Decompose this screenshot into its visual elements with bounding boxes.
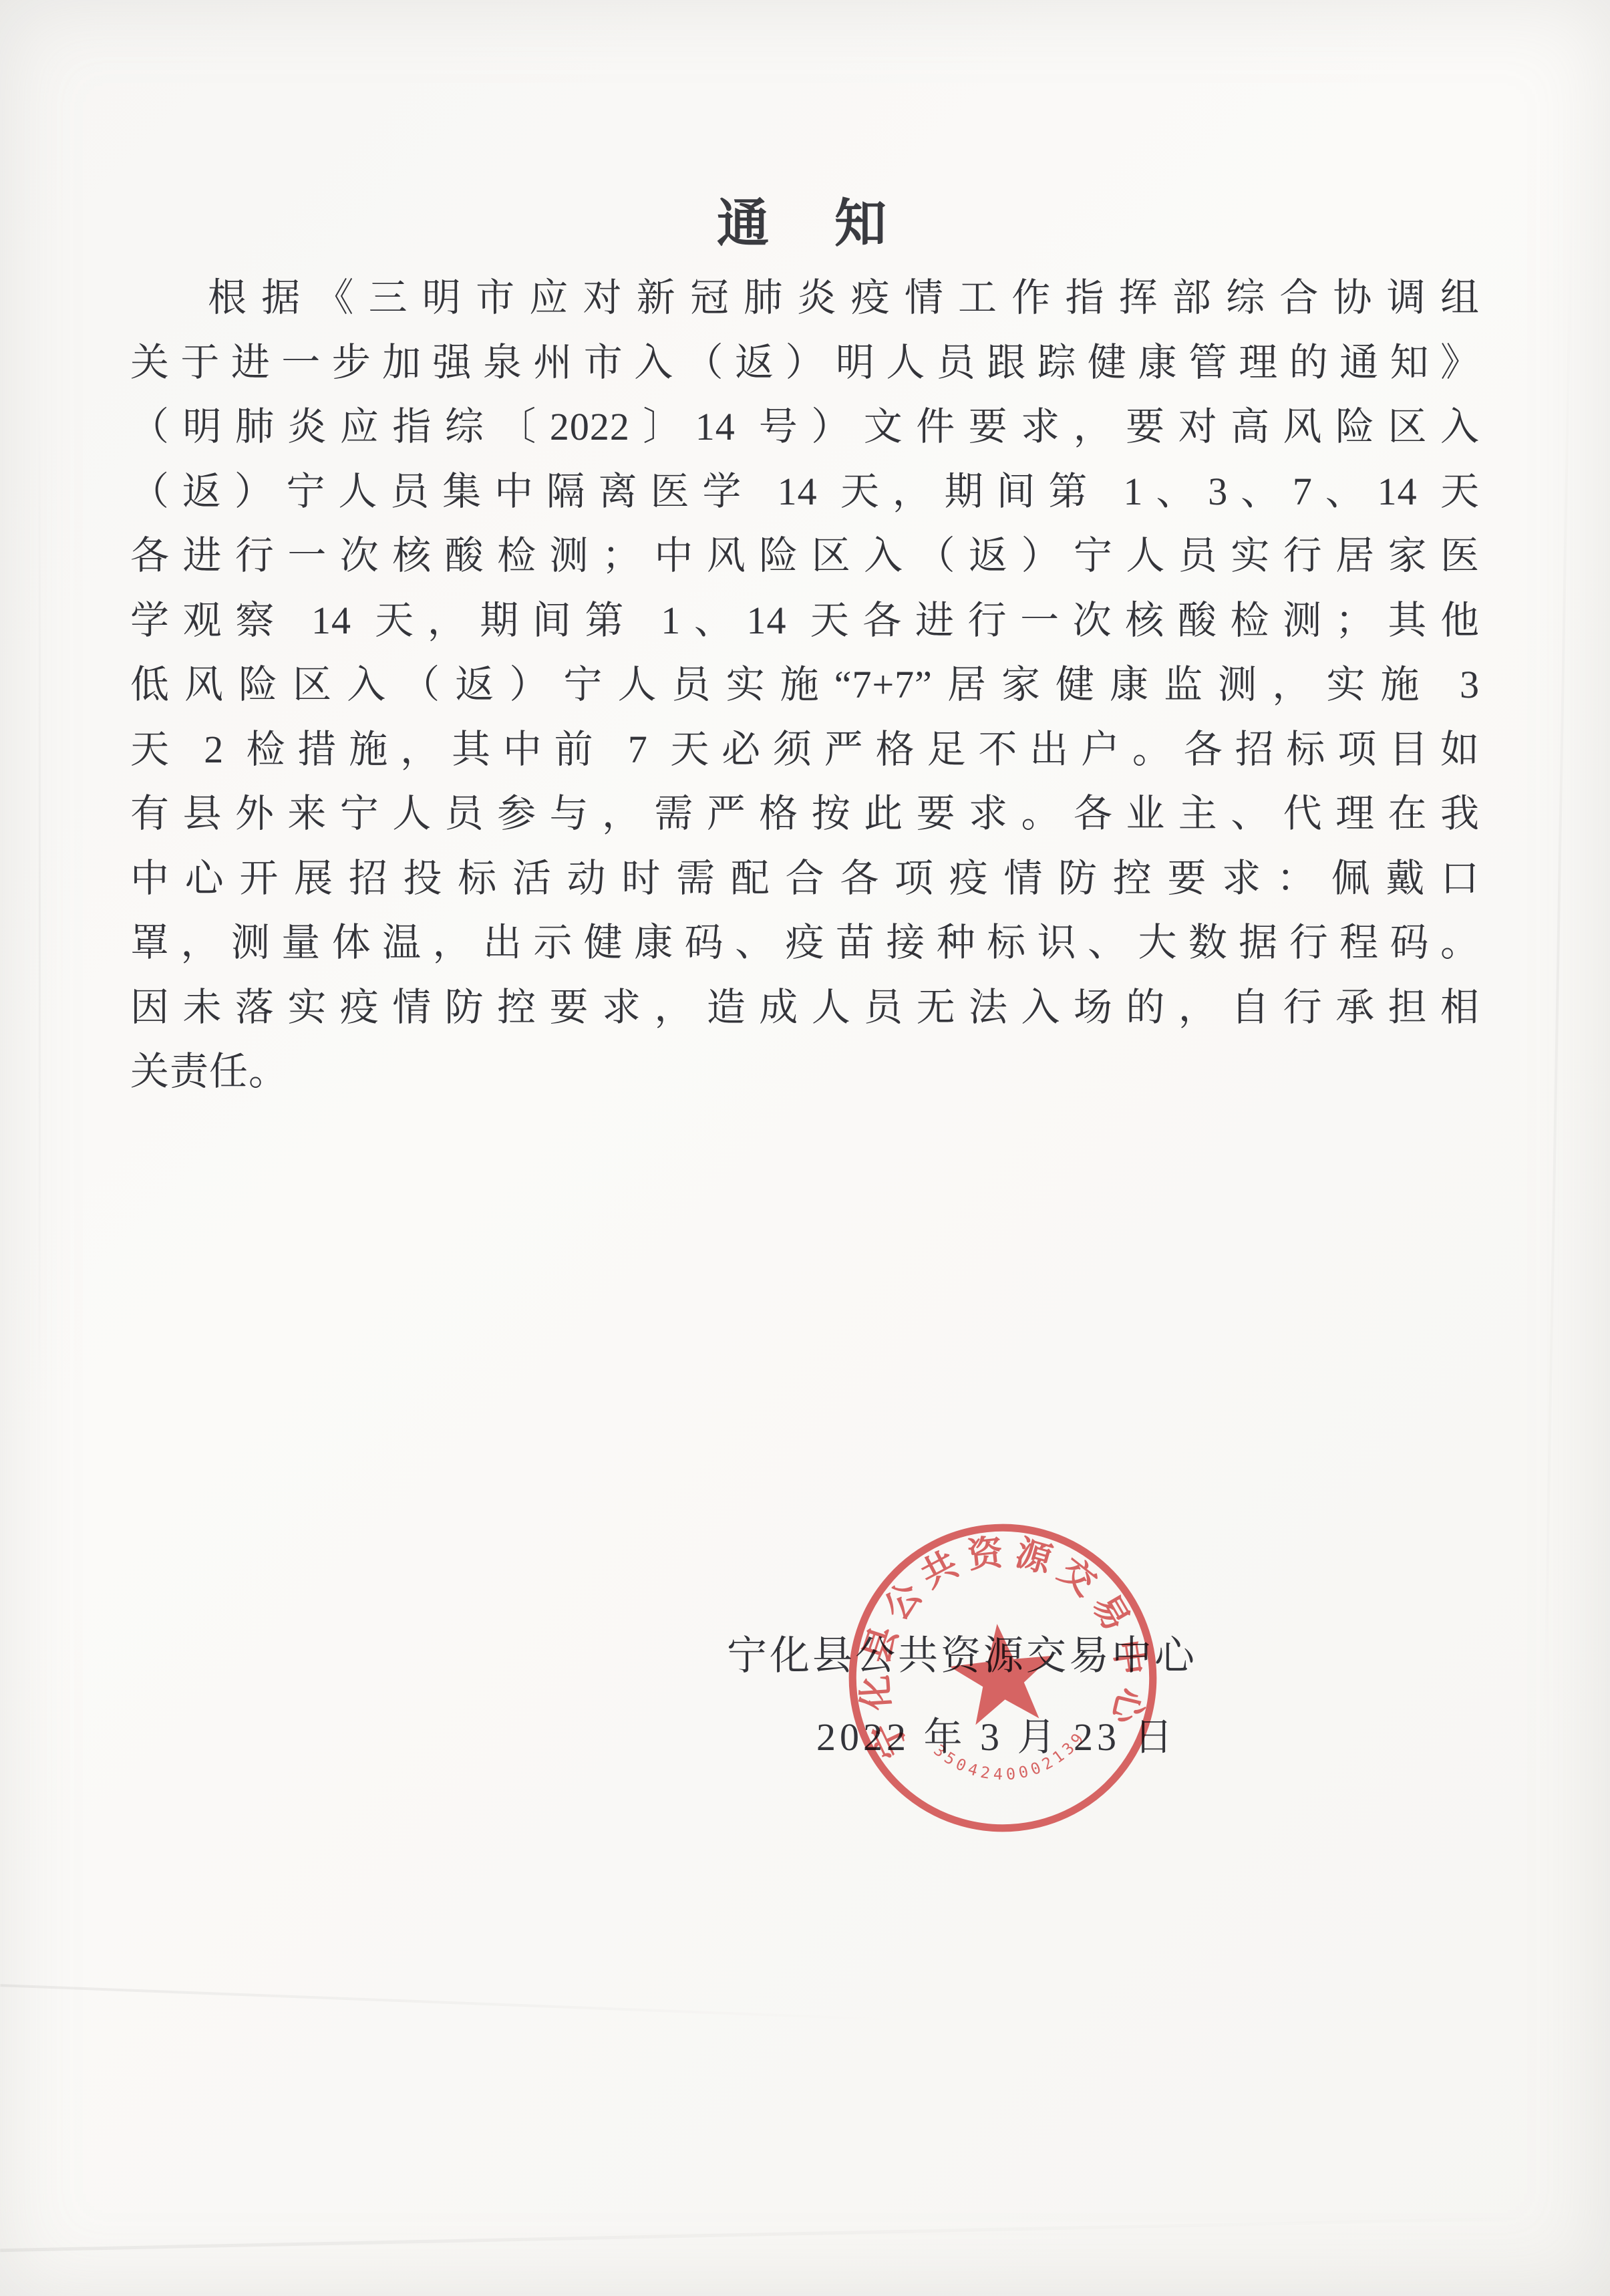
paper-crease xyxy=(0,2215,1610,2252)
body-line: 学观察 14 天，期间第 1、14 天各进行一次核酸检测；其他 xyxy=(130,589,1480,654)
paper-crease xyxy=(0,1984,901,2021)
seal-serial-text: 3504240002139 xyxy=(929,1725,1094,1791)
body-line: 有县外来宁人员参与，需严格按此要求。各业主、代理在我 xyxy=(130,782,1480,847)
body-line: 各进行一次核酸检测；中风险区入（返）宁人员实行居家医 xyxy=(130,524,1480,589)
body-line: （返）宁人员集中隔离医学 14 天，期间第 1、3、7、14 天 xyxy=(130,460,1480,525)
document-page: 通 知 根据《三明市应对新冠肺炎疫情工作指挥部综合协调组 关于进一步加强泉州市入… xyxy=(0,0,1610,2296)
body-line: 关于进一步加强泉州市入（返）明人员跟踪健康管理的通知》 xyxy=(130,331,1480,396)
body-line: 因未落实疫情防控要求，造成人员无法入场的，自行承担相 xyxy=(130,976,1480,1040)
page-title: 通 知 xyxy=(130,182,1480,257)
body-line: 关责任。 xyxy=(130,1040,1480,1105)
official-seal: 宁化县公共资源交易中心 3504240002139 xyxy=(827,1502,1178,1853)
paper-crease xyxy=(39,401,41,1403)
star-icon xyxy=(946,1618,1059,1727)
body-line: 罩，测量体温，出示健康码、疫苗接种标识、大数据行程码。 xyxy=(130,911,1480,976)
body-line: 低风险区入（返）宁人员实施“7+7”居家健康监测，实施 3 xyxy=(130,653,1480,718)
body-line: （明肺炎应指综〔2022〕14 号）文件要求，要对高风险区入 xyxy=(130,395,1480,460)
body-line: 天 2 检措施，其中前 7 天必须严格足不出户。各招标项目如 xyxy=(130,718,1480,782)
body-line: 根据《三明市应对新冠肺炎疫情工作指挥部综合协调组 xyxy=(130,266,1480,331)
paper-crease xyxy=(1543,200,1573,1737)
notice-body: 根据《三明市应对新冠肺炎疫情工作指挥部综合协调组 关于进一步加强泉州市入（返）明… xyxy=(130,266,1480,1105)
body-line: 中心开展招投标活动时需配合各项疫情防控要求：佩戴口 xyxy=(130,847,1480,911)
